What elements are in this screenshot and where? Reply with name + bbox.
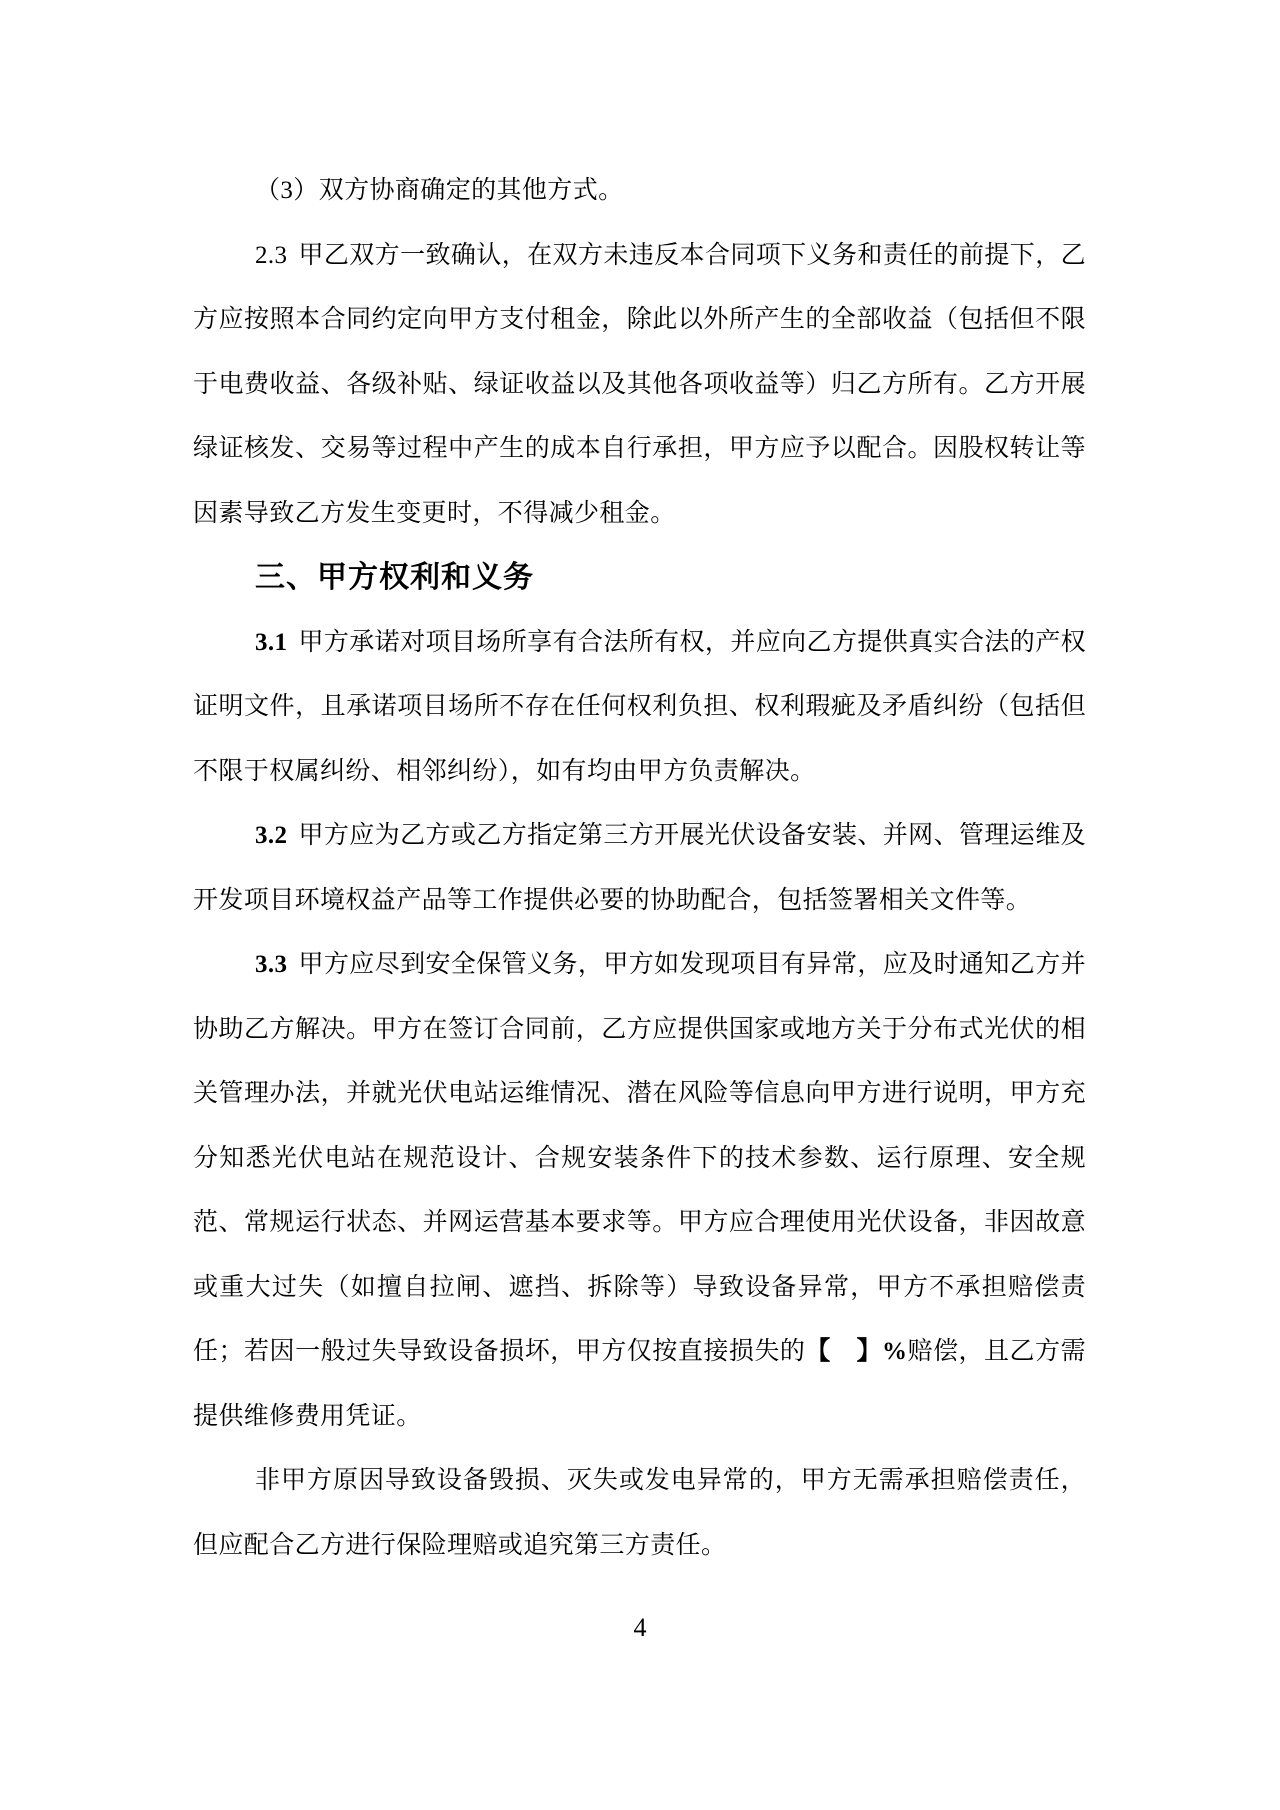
clause-2-3: 2.3甲乙双方一致确认，在双方未违反本合同项下义务和责任的前提下，乙方应按照本合… <box>193 224 1086 547</box>
clause-2-3-number: 2.3 <box>255 242 287 269</box>
clause-3-1-text: 甲方承诺对项目场所享有合法所有权，并应向乙方提供真实合法的产权证明文件，且承诺项… <box>193 629 1086 785</box>
document-page: （3）双方协商确定的其他方式。 2.3甲乙双方一致确认，在双方未违反本合同项下义… <box>0 0 1280 1810</box>
clause-3-2-number: 3.2 <box>255 822 287 849</box>
document-content: （3）双方协商确定的其他方式。 2.3甲乙双方一致确认，在双方未违反本合同项下义… <box>193 159 1086 1578</box>
section-3-heading: 三、甲方权利和义务 <box>193 546 1086 611</box>
clause-3-3-blank-percentage: 【 】% <box>805 1338 907 1365</box>
clause-2-item-3-text: （3）双方协商确定的其他方式。 <box>255 177 624 204</box>
clause-3-3-followup: 非甲方原因导致设备毁损、灭失或发电异常的，甲方无需承担赔偿责任，但应配合乙方进行… <box>193 1449 1086 1578</box>
clause-3-3-number: 3.3 <box>255 951 287 978</box>
page-number: 4 <box>0 1603 1280 1653</box>
clause-3-3-followup-text: 非甲方原因导致设备毁损、灭失或发电异常的，甲方无需承担赔偿责任，但应配合乙方进行… <box>193 1467 1086 1559</box>
clause-3-2-text: 甲方应为乙方或乙方指定第三方开展光伏设备安装、并网、管理运维及开发项目环境权益产… <box>193 822 1086 914</box>
clause-3-2: 3.2甲方应为乙方或乙方指定第三方开展光伏设备安装、并网、管理运维及开发项目环境… <box>193 804 1086 933</box>
clause-3-1-number: 3.1 <box>255 629 287 656</box>
clause-3-1: 3.1甲方承诺对项目场所享有合法所有权，并应向乙方提供真实合法的产权证明文件，且… <box>193 611 1086 805</box>
clause-3-3-text-before: 甲方应尽到安全保管义务，甲方如发现项目有异常，应及时通知乙方并协助乙方解决。甲方… <box>193 951 1086 1365</box>
clause-2-item-3: （3）双方协商确定的其他方式。 <box>193 159 1086 224</box>
clause-3-3: 3.3甲方应尽到安全保管义务，甲方如发现项目有异常，应及时通知乙方并协助乙方解决… <box>193 933 1086 1449</box>
clause-2-3-text: 甲乙双方一致确认，在双方未违反本合同项下义务和责任的前提下，乙方应按照本合同约定… <box>193 242 1086 527</box>
